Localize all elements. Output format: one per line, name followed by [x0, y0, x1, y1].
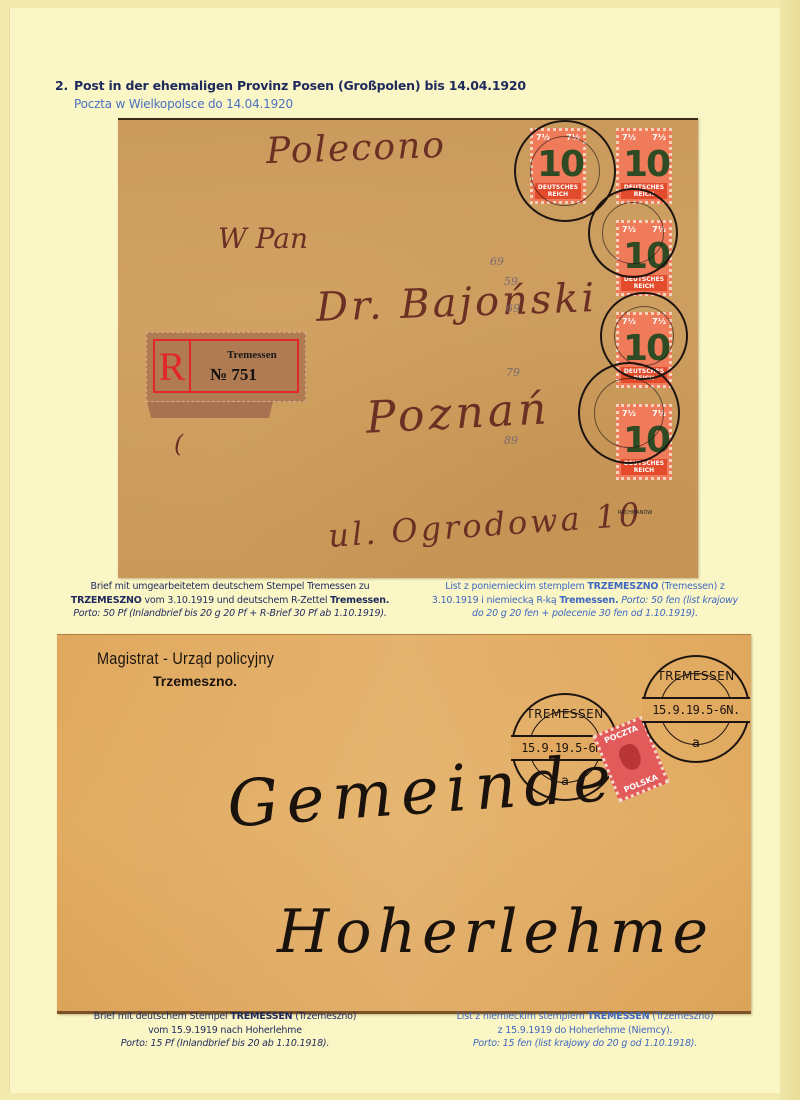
registered-cover: Polecono W Pan Dr. Bajoński Poznań ul. O… [118, 118, 698, 578]
official-cover: Magistrat - Urząd policyjny Trzemeszno. … [57, 634, 751, 1014]
postmark-tremessen: TREMESSEN 15.9.19.5-6N. a [642, 655, 750, 763]
eagle-icon [616, 741, 644, 773]
page-edge [780, 0, 800, 1100]
caption-cover1-pl: List z poniemieckim stemplem TRZEMESZNO … [420, 580, 750, 621]
handwriting-destination: Hoherlehme [277, 897, 714, 967]
handwriting-addressee: Gemeinde [225, 741, 621, 842]
caption-cover2-pl: List z niemieckim stemplem TREMESSEN (Tr… [420, 1010, 750, 1051]
registration-town: Tremessen [227, 349, 277, 361]
caption-cover2-de: Brief mit deutschem Stempel TREMESSEN (T… [60, 1010, 390, 1051]
caption-cover1-de: Brief mit umgearbeitetem deutschem Stemp… [62, 580, 398, 621]
registration-letter: R [155, 341, 191, 391]
printer-mark: RACHMANÓW [618, 510, 652, 516]
registration-number: № 751 [210, 365, 257, 385]
postmark-cancel [588, 188, 678, 278]
registration-label-frame: R Tremessen № 751 [153, 339, 299, 393]
handwriting-mark: ( [174, 430, 183, 458]
sender-line-1: Magistrat - Urząd policyjny [97, 649, 274, 669]
handwriting-polecono: Polecono [265, 125, 446, 172]
sender-line-2: Trzemeszno. [153, 673, 237, 689]
handwriting-street: ul. Ogrodowa 10 [327, 495, 643, 555]
section-number: 2. [55, 78, 74, 93]
handwriting-addressee: Dr. Bajoński [315, 275, 598, 331]
section-heading: 2.Post in der ehemaligen Provinz Posen (… [55, 78, 526, 93]
section-title-de: Post in der ehemaligen Provinz Posen (Gr… [74, 78, 526, 93]
section-title-pl: Poczta w Wielkopolsce do 14.04.1920 [74, 97, 293, 111]
pencil-note: 69 [506, 302, 520, 315]
pencil-note: 69 [490, 255, 504, 268]
registration-label: R Tremessen № 751 [146, 332, 306, 402]
handwriting-w-pan: W Pan [218, 222, 308, 255]
handwriting-city: Poznań [365, 383, 552, 444]
pencil-note: 59 [504, 275, 518, 288]
postmark-cancel [578, 362, 680, 464]
pencil-note: 89 [504, 434, 518, 447]
pencil-note: 79 [506, 366, 520, 379]
